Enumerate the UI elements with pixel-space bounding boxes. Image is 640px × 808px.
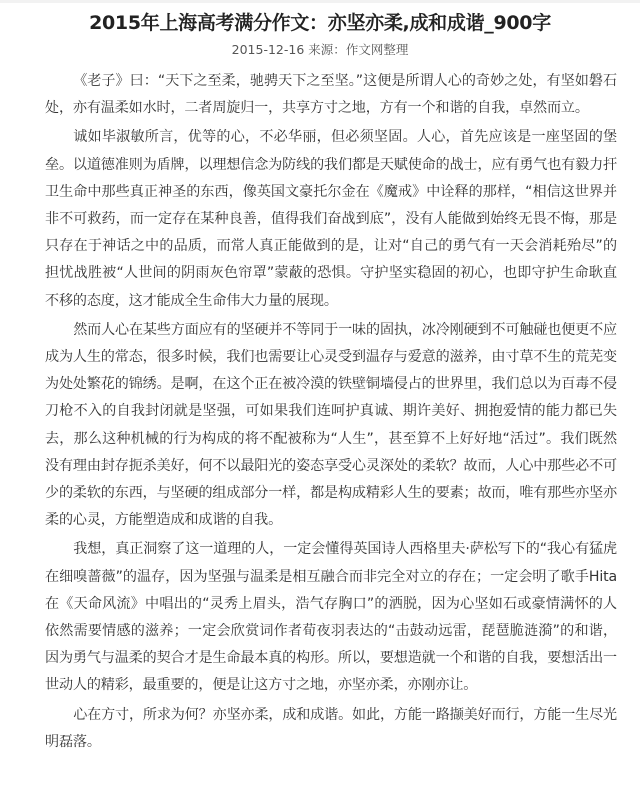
source-label: 来源： [308, 42, 346, 57]
paragraph-1: 《老子》曰：“天下之至柔，驰骋天下之至坚。”这便是所谓人心的奇妙之处，有坚如磐石… [45, 68, 617, 122]
paragraph-4: 我想，真正洞察了这一道理的人，一定会懂得英国诗人西格里夫·萨松写下的“我心有猛虎… [45, 536, 617, 699]
article-body: 《老子》曰：“天下之至柔，驰骋天下之至坚。”这便是所谓人心的奇妙之处，有坚如磐石… [45, 68, 617, 758]
source-name: 作文网整理 [346, 42, 409, 57]
article-meta: 2015-12-16 来源：作文网整理 [0, 41, 640, 59]
paragraph-2: 诚如毕淑敏所言，优等的心，不必华丽，但必须坚固。人心，首先应该是一座坚固的堡垒。… [45, 124, 617, 314]
publish-date: 2015-12-16 [232, 42, 305, 57]
paragraph-3: 然而人心在某些方面应有的坚硬并不等同于一味的固执，冰冷刚硬到不可触碰也便更不应成… [45, 317, 617, 535]
paragraph-5: 心在方寸，所求为何？亦坚亦柔，成和成谐。如此，方能一路撷美好而行，方能一生尽光明… [45, 702, 617, 756]
top-divider [0, 0, 640, 3]
article-title: 2015年上海高考满分作文：亦坚亦柔,成和成谐_900字 [0, 9, 640, 37]
